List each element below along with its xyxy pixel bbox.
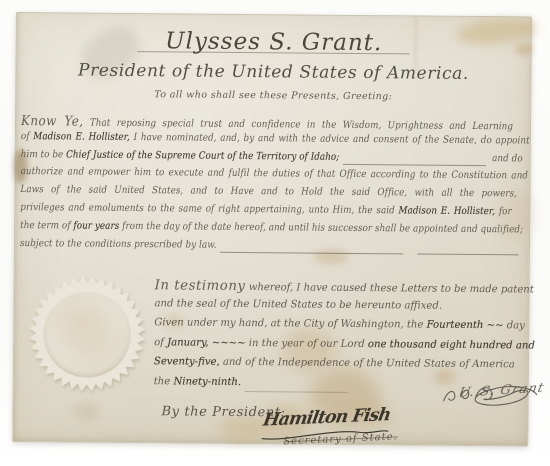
handwritten-text: Madison E. Hollister, bbox=[399, 205, 496, 217]
engraved-text: That reposing special trust and confiden… bbox=[83, 118, 513, 133]
handwritten-text: Madison E. Hollister, bbox=[33, 131, 130, 143]
handwritten-text: Chief Justice of the Supreme Court of th… bbox=[66, 149, 339, 162]
engraved-text: for bbox=[495, 206, 512, 217]
commission-body-text: Know Ye, That reposing special trust and… bbox=[20, 113, 550, 260]
engraved-text: whereof, I have caused these Letters to … bbox=[245, 281, 533, 296]
engraved-text: Given under my hand, at the City of Wash… bbox=[154, 316, 426, 330]
page-background: Ulysses S. Grant. President of the Unite… bbox=[0, 0, 550, 466]
president-signature: U. S. Grant bbox=[437, 369, 541, 418]
body-lines-8: subject to the conditions prescribed by … bbox=[20, 238, 522, 260]
engraved-text: of bbox=[154, 336, 167, 348]
blank-rule bbox=[245, 391, 348, 393]
engraved-text: and the seal of the United States to be … bbox=[154, 297, 442, 312]
engraved-text: Know Ye, bbox=[21, 113, 84, 130]
salutation-line: To all who shall see these Presents, Gre… bbox=[16, 88, 530, 103]
engraved-text: him to be bbox=[21, 149, 67, 160]
handwritten-text: Ninety-ninth. bbox=[173, 375, 241, 388]
engraved-text: of bbox=[21, 131, 33, 142]
engraved-text: privileges and emoluments to the same of… bbox=[20, 202, 398, 216]
document-paper: Ulysses S. Grant. President of the Unite… bbox=[12, 12, 532, 446]
engraved-text: subject to the conditions prescribed by … bbox=[20, 238, 217, 251]
engraved-text: In testimony bbox=[155, 277, 246, 294]
foxing-stain bbox=[73, 404, 99, 420]
engraved-text: from the day of the date hereof, and unt… bbox=[119, 221, 523, 236]
seal-inner-disc bbox=[43, 289, 132, 378]
engraved-text: the term of bbox=[20, 220, 73, 231]
blank-rule bbox=[343, 164, 486, 166]
embossed-seal bbox=[27, 273, 148, 394]
blank-rule bbox=[220, 252, 403, 255]
handwritten-text: January, ~~~~ bbox=[167, 336, 246, 349]
office-line: President of the United States of Americ… bbox=[16, 60, 530, 84]
engraved-text: the bbox=[154, 375, 174, 387]
president-name-title: Ulysses S. Grant. bbox=[17, 27, 531, 57]
engraved-text: day bbox=[503, 319, 524, 331]
handwritten-text: Seventy-five, bbox=[154, 356, 220, 369]
handwritten-text: one thousand eight hundred and bbox=[368, 338, 535, 351]
handwritten-text: Fourteenth ~~ bbox=[427, 319, 504, 332]
engraved-text: and do bbox=[489, 153, 523, 164]
engraved-text: I have nominated, and, by and with the a… bbox=[130, 132, 530, 146]
document-header: Ulysses S. Grant. President of the Unite… bbox=[16, 27, 531, 103]
blank-rule bbox=[417, 254, 518, 256]
handwritten-text: four years bbox=[73, 220, 119, 231]
engraved-text: in the year of our Lord bbox=[246, 337, 368, 350]
